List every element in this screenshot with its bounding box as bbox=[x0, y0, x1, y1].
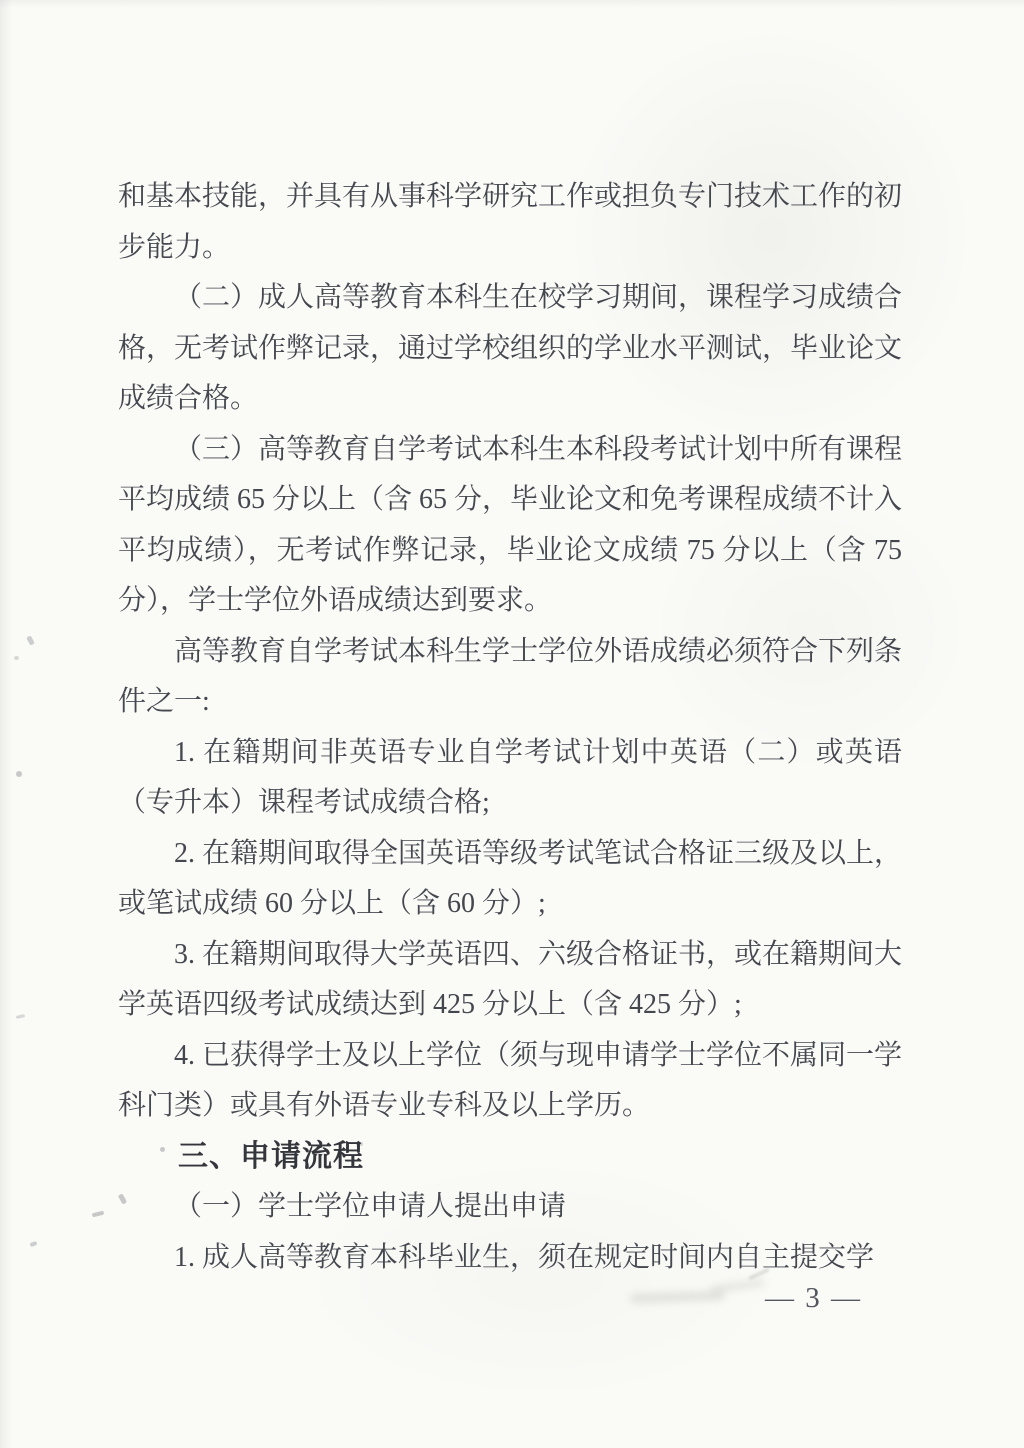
paragraph-condition-2: 2. 在籍期间取得全国英语等级考试笔试合格证三级及以上，或笔试成绩 60 分以上… bbox=[118, 829, 902, 930]
page-number: — 3 — bbox=[765, 1280, 862, 1316]
scanned-document-page: 和基本技能，并具有从事科学研究工作或担负专门技术工作的初步能力。 （二）成人高等… bbox=[0, 0, 1024, 1448]
document-text-block: 和基本技能，并具有从事科学研究工作或担负专门技术工作的初步能力。 （二）成人高等… bbox=[118, 172, 902, 1283]
paragraph-item-3: （三）高等教育自学考试本科生本科段考试计划中所有课程平均成绩 65 分以上（含 … bbox=[118, 425, 902, 627]
paragraph-item-2: （二）成人高等教育本科生在校学习期间，课程学习成绩合格，无考试作弊记录，通过学校… bbox=[118, 273, 902, 425]
scan-edge-shadow bbox=[0, 0, 12, 1448]
paragraph-condition-3: 3. 在籍期间取得大学英语四、六级合格证书，或在籍期间大学英语四级考试成绩达到 … bbox=[118, 930, 902, 1031]
scan-mark bbox=[14, 656, 19, 660]
scan-mark bbox=[30, 1241, 38, 1247]
scan-mark bbox=[16, 1014, 25, 1019]
paragraph-condition-1: 1. 在籍期间非英语专业自学考试计划中英语（二）或英语（专升本）课程考试成绩合格… bbox=[118, 728, 902, 829]
scan-smudge bbox=[630, 1290, 725, 1303]
paragraph-condition-4: 4. 已获得学士及以上学位（须与现申请学士学位不属同一学科门类）或具有外语专业专… bbox=[118, 1031, 902, 1132]
section-heading: 三、申请流程 bbox=[118, 1132, 902, 1183]
scan-edge-shadow bbox=[0, 0, 1024, 8]
scan-mark bbox=[16, 771, 22, 777]
scan-mark bbox=[92, 1211, 105, 1218]
paragraph-continuation: 和基本技能，并具有从事科学研究工作或担负专门技术工作的初步能力。 bbox=[118, 172, 902, 273]
scan-mark bbox=[26, 635, 35, 645]
subsection-heading: （一）学士学位申请人提出申请 bbox=[118, 1182, 902, 1233]
paragraph-lead-in: 高等教育自学考试本科生学士学位外语成绩必须符合下列条件之一: bbox=[118, 627, 902, 728]
paragraph-body-cutoff: 1. 成人高等教育本科毕业生，须在规定时间内自主提交学 bbox=[118, 1233, 902, 1284]
